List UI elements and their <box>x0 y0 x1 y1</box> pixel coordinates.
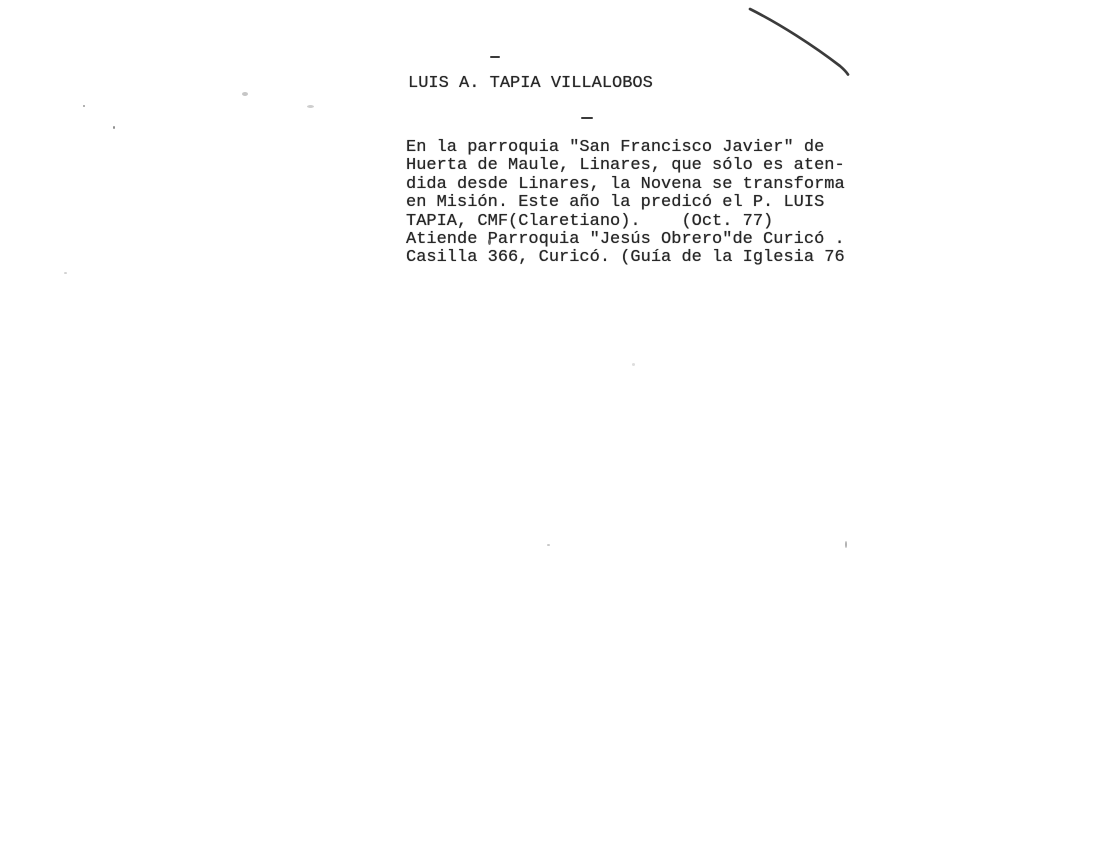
typed-underline-mark <box>581 117 593 119</box>
scan-speck <box>113 126 115 129</box>
typed-line: dida desde Linares, la Novena se transfo… <box>406 176 845 194</box>
typed-line: En la parroquia "San Francisco Javier" d… <box>406 139 845 157</box>
scan-speck <box>83 105 85 107</box>
scan-speck <box>632 363 635 366</box>
scan-speck <box>307 105 314 108</box>
scan-speck <box>242 92 248 96</box>
scan-speck <box>64 272 67 274</box>
document-title: LUIS A. TAPIA VILLALOBOS <box>406 75 845 93</box>
typed-line: Casilla 366, Curicó. (Guía de la Iglesia… <box>406 249 845 267</box>
typed-line: Atiende Parroquia "Jesús Obrero"de Curic… <box>406 231 845 249</box>
typed-line: Huerta de Maule, Linares, que sólo es at… <box>406 157 845 175</box>
scanned-document-page: LUIS A. TAPIA VILLALOBOS En la parroquia… <box>0 0 1100 850</box>
document-body: En la parroquia "San Francisco Javier" d… <box>406 139 845 268</box>
typed-line: en Misión. Este año la predicó el P. LUI… <box>406 194 845 212</box>
typed-line: TAPIA, CMF(Claretiano). (Oct. 77) <box>406 213 845 231</box>
scan-speck <box>845 541 847 548</box>
typed-text-block: LUIS A. TAPIA VILLALOBOS En la parroquia… <box>406 38 845 305</box>
typed-underline-mark <box>490 56 500 58</box>
scan-speck <box>488 239 491 245</box>
scan-speck <box>547 544 550 546</box>
